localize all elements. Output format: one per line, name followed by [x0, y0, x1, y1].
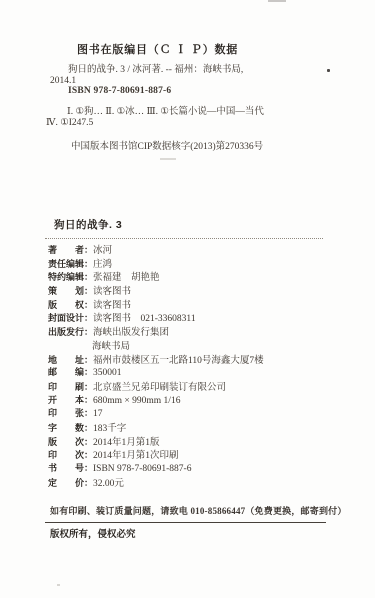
colophon-value: 海峡出版发行集团: [93, 324, 169, 338]
colophon-value: 183千字: [93, 420, 126, 434]
book-title-block: 狗日的战争. 3: [45, 217, 323, 239]
colophon-value: 2014年1月第1次印刷: [93, 447, 179, 461]
colophon-label: 开 本：: [48, 393, 93, 406]
colophon-value: 海峡书局: [92, 338, 130, 352]
colophon-label: 地 址：: [48, 353, 93, 366]
cip-classification-line: Ⅰ. ①狗… Ⅱ. ①冰… Ⅲ. ①长篇小说—中国—当代: [46, 107, 346, 118]
colophon-value: 2014年1月第1版: [93, 434, 160, 448]
scan-speck: [327, 69, 330, 72]
colophon-value: 读客图书 021-33608311: [93, 310, 196, 324]
footer-block: 如有印刷、装订质量问题，请致电 010-85866447（免费更换，邮寄到付） …: [45, 504, 328, 540]
colophon-row-contributing-editor: 特约编辑： 张福建 胡艳艳: [48, 269, 358, 283]
colophon-label: 封面设计：: [48, 311, 93, 324]
colophon-label: 策 划：: [48, 284, 93, 297]
colophon-value: 350001: [93, 368, 122, 378]
colophon-label: 印 刷：: [48, 380, 93, 393]
colophon-row-cover-design: 封面设计： 读客图书 021-33608311: [48, 310, 358, 324]
colophon-label: 出版发行：: [48, 325, 93, 338]
colophon-label: 著 者：: [48, 243, 93, 256]
scan-faint-dash: [160, 158, 176, 160]
colophon-row-printing: 印 次： 2014年1月第1次印刷: [48, 447, 358, 461]
colophon-label: 书 号：: [48, 461, 93, 474]
book-title: 狗日的战争. 3: [54, 217, 323, 232]
cip-record-number: 中国版本图书馆CIP数据核字(2013)第270336号: [71, 138, 263, 152]
colophon-label: 印 张：: [48, 406, 93, 419]
colophon-value: 32.00元: [93, 475, 124, 489]
colophon-row-isbn: 书 号： ISBN 978-7-80691-887-6: [48, 461, 358, 475]
colophon-row-address: 地 址： 福州市鼓楼区五一北路110号海鑫大厦7楼: [48, 352, 358, 366]
scan-speck-bottom: [57, 584, 60, 586]
cip-classification-block: Ⅰ. ①狗… Ⅱ. ①冰… Ⅲ. ①长篇小说—中国—当代 Ⅳ. ①I247.5: [46, 107, 346, 128]
colophon-value: 读客图书: [93, 283, 131, 297]
footer-divider: [45, 522, 326, 523]
colophon-row-rights: 版 权： 读客图书: [48, 297, 358, 311]
colophon-label: 定 价：: [48, 476, 93, 489]
colophon-label: 特约编辑：: [48, 270, 93, 283]
colophon-label: 版 权：: [48, 298, 93, 311]
colophon-row-format: 开 本： 680mm × 990mm 1/16: [48, 393, 358, 407]
copyright-notice: 版权所有，侵权必究: [50, 526, 328, 540]
colophon-value: 读客图书: [93, 297, 131, 311]
colophon-row-edition: 版 次： 2014年1月第1版: [48, 434, 358, 448]
colophon-label: 印 次：: [48, 448, 93, 461]
colophon-row-word-count: 字 数： 183千字: [48, 420, 358, 434]
colophon-table: 著 者： 冰河 责任编辑： 庄鸿 特约编辑： 张福建 胡艳艳 策 划： 读客图书…: [48, 242, 358, 488]
colophon-row-publisher-cont: 海峡书局: [48, 338, 358, 352]
quality-notice: 如有印刷、装订质量问题，请致电 010-85866447（免费更换，邮寄到付）: [50, 504, 328, 522]
colophon-label: 责任编辑：: [48, 257, 93, 270]
colophon-row-printer: 印 刷： 北京盛兰兄弟印刷装订有限公司: [48, 379, 358, 393]
cip-entry-block: 狗日的战争. 3 / 冰河著. -- 福州：海峡书局, 2014.1 ISBN …: [50, 65, 340, 97]
colophon-value: 福州市鼓楼区五一北路110号海鑫大厦7楼: [93, 352, 264, 366]
cip-heading: 图书在版编目（Ｃ Ｉ Ｐ）数据: [77, 41, 238, 57]
colophon-row-editor: 责任编辑： 庄鸿: [48, 256, 358, 270]
colophon-value: 680mm × 990mm 1/16: [93, 396, 180, 406]
colophon-label: 邮 编：: [48, 365, 93, 378]
cip-classification-line: Ⅳ. ①I247.5: [46, 118, 346, 129]
colophon-label: 版 次：: [48, 435, 93, 448]
cip-isbn-line: ISBN 978-7-80691-887-6: [50, 86, 340, 97]
cip-entry-line: 2014.1: [50, 76, 340, 87]
colophon-value: 北京盛兰兄弟印刷装订有限公司: [93, 379, 226, 393]
colophon-value: 冰河: [93, 242, 112, 256]
colophon-row-postcode: 邮 编： 350001: [48, 365, 358, 379]
colophon-row-publisher: 出版发行： 海峡出版发行集团: [48, 324, 358, 338]
colophon-label: 字 数：: [48, 421, 93, 434]
colophon-value: ISBN 978-7-80691-887-6: [93, 464, 191, 474]
colophon-row-planning: 策 划： 读客图书: [48, 283, 358, 297]
cip-entry-line: 狗日的战争. 3 / 冰河著. -- 福州：海峡书局,: [50, 65, 340, 76]
colophon-row-author: 著 者： 冰河: [48, 242, 358, 256]
colophon-value: 张福建 胡艳艳: [93, 269, 160, 283]
colophon-row-sheets: 印 张： 17: [48, 406, 358, 420]
colophon-row-price: 定 价： 32.00元: [48, 475, 358, 489]
colophon-value: 17: [93, 409, 103, 419]
book-copyright-page: 图书在版编目（Ｃ Ｉ Ｐ）数据 狗日的战争. 3 / 冰河著. -- 福州：海峡…: [0, 0, 375, 598]
scan-smudge-top: [268, 0, 286, 2]
colophon-value: 庄鸿: [93, 256, 112, 270]
